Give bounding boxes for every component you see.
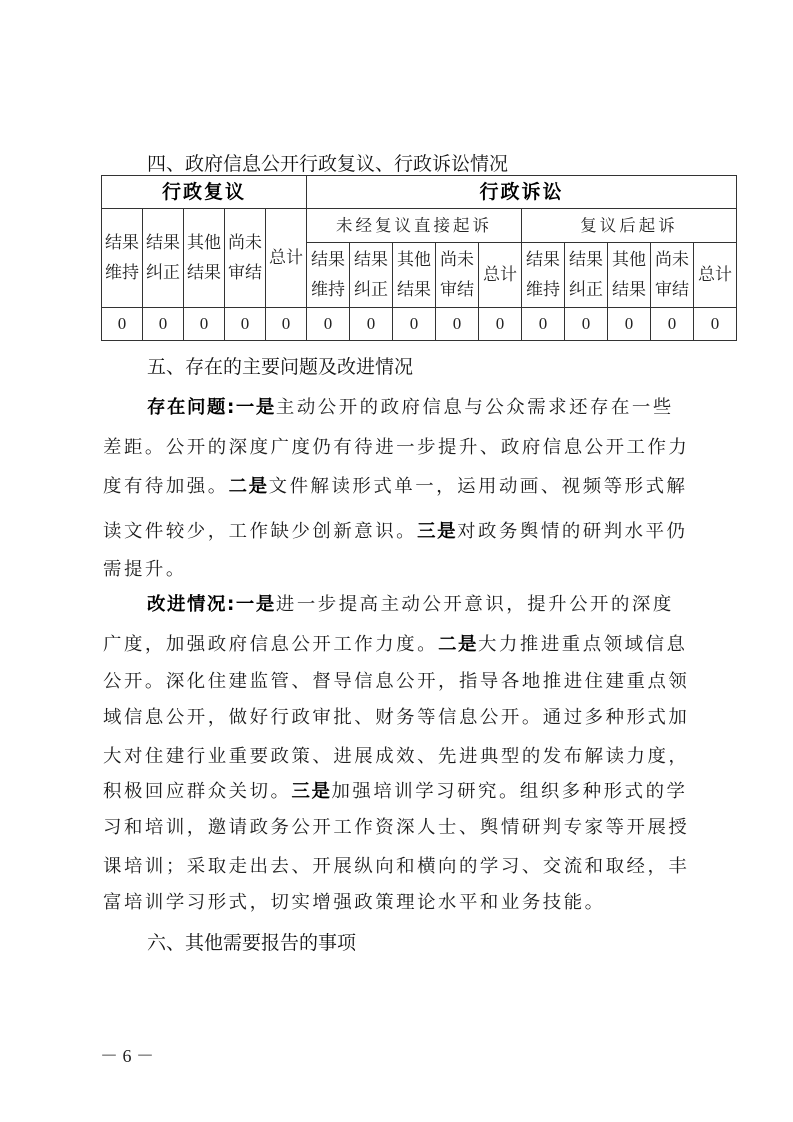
improvements-line: 富培训学习形式，切实增强政策理论水平和业务技能。 [103, 890, 703, 916]
col-direct-pending: 尚未审结 [436, 243, 479, 308]
col-review-total: 总计 [266, 209, 307, 308]
improvements-line: 大对住建行业重要政策、进展成效、先进典型的发布解读力度， [103, 744, 703, 770]
section-heading-4: 四、政府信息公开行政复议、行政诉讼情况 [147, 152, 508, 176]
header-administrative-litigation: 行政诉讼 [307, 176, 737, 209]
col-review-pending: 尚未审结 [225, 209, 266, 308]
col-direct-total: 总计 [479, 243, 522, 308]
value-cell: 0 [651, 308, 694, 341]
col-review-upheld: 结果维持 [102, 209, 143, 308]
col-review-other: 其他结果 [184, 209, 225, 308]
section-heading-6: 六、其他需要报告的事项 [147, 931, 356, 955]
problems-line: 存在问题:一是主动公开的政府信息与公众需求还存在一些 [147, 395, 747, 421]
section-heading-5: 五、存在的主要问题及改进情况 [147, 355, 413, 379]
value-cell: 0 [143, 308, 184, 341]
page-number: － 6 － [100, 1042, 154, 1068]
value-cell: 0 [102, 308, 143, 341]
value-cell: 0 [608, 308, 651, 341]
value-cell: 0 [184, 308, 225, 341]
problems-line: 读文件较少，工作缺少创新意识。三是对政务舆情的研判水平仍 [103, 519, 703, 545]
value-cell: 0 [350, 308, 393, 341]
value-cell: 0 [307, 308, 350, 341]
value-cell: 0 [565, 308, 608, 341]
col-after-other: 其他结果 [608, 243, 651, 308]
value-cell: 0 [393, 308, 436, 341]
problems-line: 需提升。 [103, 557, 703, 583]
document-page: 四、政府信息公开行政复议、行政诉讼情况 行政复议 行政诉讼 结果维持 结果纠正 … [0, 0, 793, 1122]
value-cell: 0 [436, 308, 479, 341]
header-administrative-review: 行政复议 [102, 176, 307, 209]
col-direct-upheld: 结果维持 [307, 243, 350, 308]
improvements-line: 习和培训，邀请政务公开工作资深人士、舆情研判专家等开展授 [103, 815, 703, 841]
col-after-pending: 尚未审结 [651, 243, 694, 308]
review-litigation-table: 行政复议 行政诉讼 结果维持 结果纠正 其他结果 尚未审结 总计 未经复议直接起… [101, 175, 737, 341]
col-direct-corrected: 结果纠正 [350, 243, 393, 308]
subheader-direct-suit: 未经复议直接起诉 [307, 209, 522, 243]
value-cell: 0 [479, 308, 522, 341]
problems-label: 存在问题: [147, 397, 236, 418]
value-cell: 0 [522, 308, 565, 341]
col-review-corrected: 结果纠正 [143, 209, 184, 308]
col-after-total: 总计 [694, 243, 737, 308]
improvements-line: 课培训；采取走出去、开展纵向和横向的学习、交流和取经，丰 [103, 854, 703, 880]
improvements-label: 改进情况: [147, 594, 236, 615]
improvements-line: 广度，加强政府信息公开工作力度。二是大力推进重点领域信息 [103, 632, 703, 658]
col-after-upheld: 结果维持 [522, 243, 565, 308]
value-cell: 0 [266, 308, 307, 341]
subheader-suit-after-review: 复议后起诉 [522, 209, 737, 243]
value-cell: 0 [225, 308, 266, 341]
value-cell: 0 [694, 308, 737, 341]
col-direct-other: 其他结果 [393, 243, 436, 308]
improvements-line: 域信息公开，做好行政审批、财务等信息公开。通过多种形式加 [103, 705, 703, 731]
problems-line: 度有待加强。二是文件解读形式单一，运用动画、视频等形式解 [103, 474, 703, 500]
improvements-line: 改进情况:一是进一步提高主动公开意识，提升公开的深度 [147, 592, 747, 618]
improvements-line: 公开。深化住建监管、督导信息公开，指导各地推进住建重点领 [103, 669, 703, 695]
problems-line: 差距。公开的深度广度仍有待进一步提升、政府信息公开工作力 [103, 435, 703, 461]
col-after-corrected: 结果纠正 [565, 243, 608, 308]
improvements-line: 积极回应群众关切。三是加强培训学习研究。组织多种形式的学 [103, 779, 703, 805]
table-row-values: 0 0 0 0 0 0 0 0 0 0 0 0 0 0 0 [102, 308, 737, 341]
